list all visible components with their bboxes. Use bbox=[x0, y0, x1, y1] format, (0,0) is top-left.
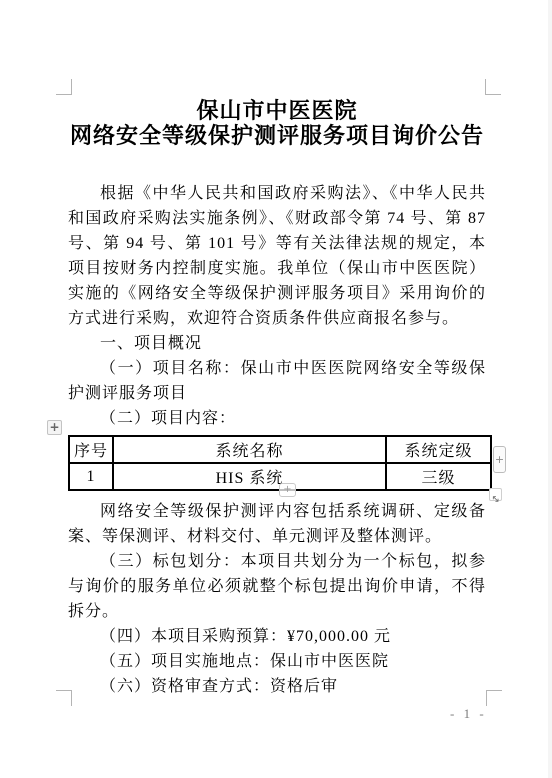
table-cell-seq: 1 bbox=[69, 463, 113, 490]
crop-mark-top-right bbox=[485, 79, 501, 95]
table-cell-system-name: HIS 系统 bbox=[113, 463, 386, 490]
crop-mark-top-left bbox=[56, 79, 72, 95]
paragraph-item-1: （一）项目名称：保山市中医医院网络安全等级保护测评服务项目 bbox=[68, 356, 486, 406]
plus-icon: + bbox=[283, 484, 291, 495]
move-arrows-icon: + bbox=[49, 420, 59, 434]
paragraph-item-3: （三）标包划分：本项目共划分为一个标包，拟参与询价的服务单位必须就整个标包提出询… bbox=[68, 549, 486, 624]
paragraph-table-note: 网络安全等级保护测评内容包括系统调研、定级备案、等保测评、材料交付、单元测评及整… bbox=[68, 499, 486, 549]
document-body: 根据《中华人民共和国政府采购法》、《中华人民共和国政府采购法实施条例》、《财政部… bbox=[68, 181, 486, 699]
page-number: - 1 - bbox=[450, 706, 487, 722]
document-content: 保山市中医医院 网络安全等级保护测评服务项目询价公告 根据《中华人民共和国政府采… bbox=[68, 95, 486, 699]
document-page: 保山市中医医院 网络安全等级保护测评服务项目询价公告 根据《中华人民共和国政府采… bbox=[0, 0, 552, 778]
paragraph-intro: 根据《中华人民共和国政府采购法》、《中华人民共和国政府采购法实施条例》、《财政部… bbox=[68, 181, 486, 331]
table-resize-handle[interactable]: ↔ bbox=[489, 488, 502, 501]
table-header-system-level: 系统定级 bbox=[386, 436, 491, 463]
table-header-seq: 序号 bbox=[69, 436, 113, 463]
paragraph-item-5: （五）项目实施地点：保山市中医医院 bbox=[68, 649, 486, 674]
crop-mark-bottom-right bbox=[486, 690, 502, 706]
table-insert-row-button[interactable]: + bbox=[279, 483, 296, 497]
title-line-2: 网络安全等级保护测评服务项目询价公告 bbox=[68, 123, 486, 148]
table-header-system-name: 系统名称 bbox=[113, 436, 386, 463]
table-insert-column-button[interactable]: + bbox=[493, 446, 506, 473]
table-move-handle[interactable]: + bbox=[47, 420, 62, 435]
window-right-edge bbox=[548, 0, 552, 778]
diagonal-resize-icon: ↔ bbox=[489, 493, 503, 507]
table-cell-system-level: 三级 bbox=[386, 463, 491, 490]
table-header-row: 序号 系统名称 系统定级 bbox=[69, 436, 491, 463]
paragraph-item-6: （六）资格审查方式：资格后审 bbox=[68, 674, 486, 699]
plus-icon: + bbox=[495, 453, 504, 466]
section-heading-1: 一、项目概况 bbox=[68, 331, 486, 356]
paragraph-item-2: （二）项目内容： bbox=[68, 406, 486, 431]
document-title: 保山市中医医院 网络安全等级保护测评服务项目询价公告 bbox=[68, 95, 486, 148]
paragraph-item-4: （四）本项目采购预算：¥70,000.00 元 bbox=[68, 624, 486, 649]
title-line-1: 保山市中医医院 bbox=[68, 98, 486, 123]
